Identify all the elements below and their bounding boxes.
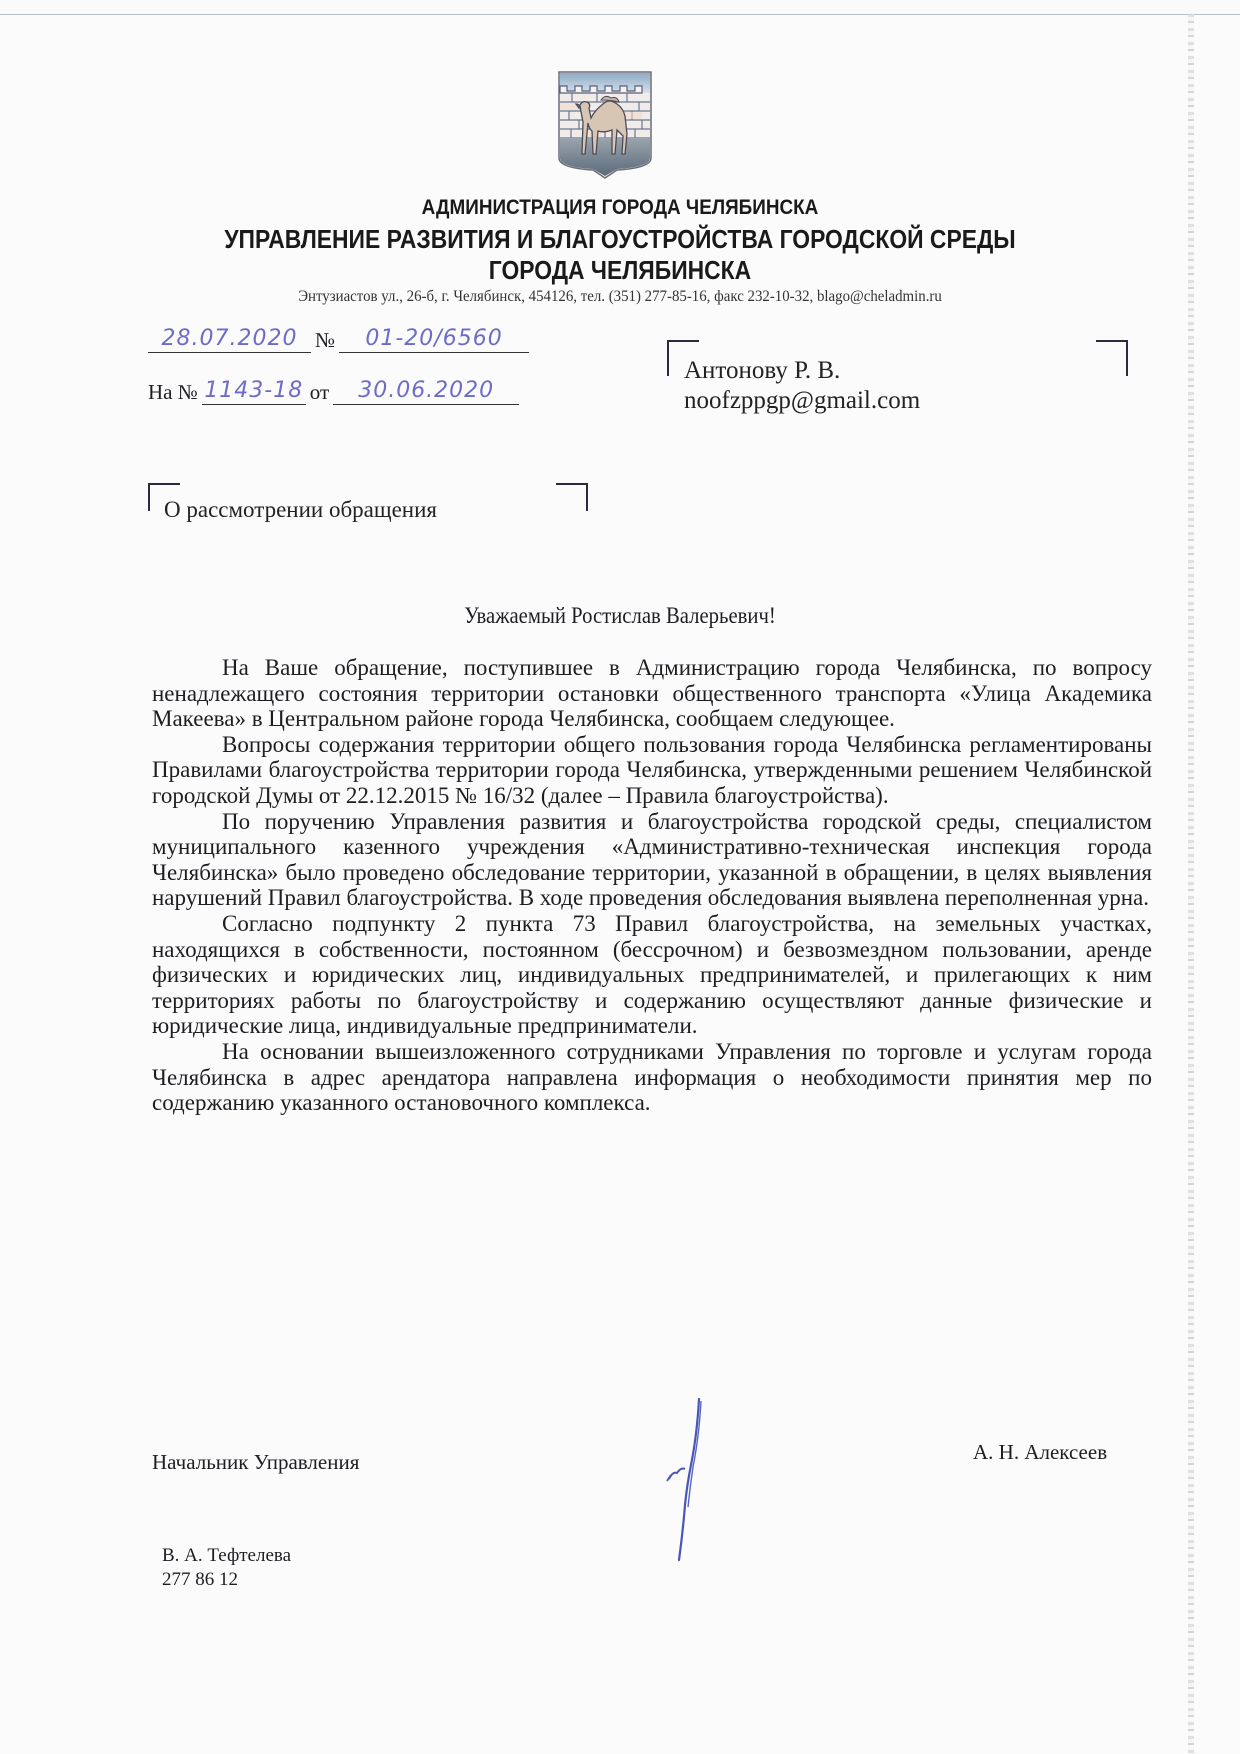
executor-phone: 277 86 12 xyxy=(162,1568,291,1592)
header-city: ГОРОДА ЧЕЛЯБИНСКА xyxy=(74,255,1165,286)
recipient: Антонову Р. В. noofzppgp@gmail.com xyxy=(684,356,920,416)
outgoing-number: 01-20/6560 xyxy=(339,326,529,353)
subject: О рассмотрении обращения xyxy=(164,497,437,523)
signatory-position: Начальник Управления xyxy=(152,1450,359,1475)
paragraph: Согласно подпункту 2 пункта 73 Правил бл… xyxy=(152,911,1152,1039)
handwritten-signature-icon xyxy=(655,1395,725,1565)
header-department: УПРАВЛЕНИЕ РАЗВИТИЯ И БЛАГОУСТРОЙСТВА ГО… xyxy=(74,224,1165,255)
scan-edge-right xyxy=(1188,14,1194,1754)
number-label: № xyxy=(311,327,339,353)
incoming-reference: На № 1143-18 от 30.06.2020 xyxy=(148,378,519,405)
in-reply-number: 1143-18 xyxy=(202,378,306,405)
executor-name: В. А. Тефтелева xyxy=(162,1544,291,1568)
signatory-name: А. Н. Алексеев xyxy=(973,1440,1107,1465)
scan-edge-top xyxy=(0,0,1240,15)
in-reply-label: На № xyxy=(148,379,202,405)
outgoing-registration: 28.07.2020 № 01-20/6560 xyxy=(148,326,529,353)
paragraph: Вопросы содержания территории общего пол… xyxy=(152,732,1152,809)
recipient-bracket-right xyxy=(1096,340,1128,376)
header-administration: АДМИНИСТРАЦИЯ ГОРОДА ЧЕЛЯБИНСКА xyxy=(62,196,1178,220)
header-address: Энтузиастов ул., 26-б, г. Челябинск, 454… xyxy=(43,288,1196,306)
subject-bracket-right xyxy=(556,483,588,511)
outgoing-date: 28.07.2020 xyxy=(148,326,311,353)
recipient-name: Антонову Р. В. xyxy=(684,356,920,386)
paragraph: По поручению Управления развития и благо… xyxy=(152,809,1152,911)
letter-body: На Ваше обращение, поступившее в Админис… xyxy=(152,655,1152,1116)
from-label: от xyxy=(306,379,333,405)
in-reply-date: 30.06.2020 xyxy=(333,378,519,405)
paragraph: На основании вышеизложенного сотрудникам… xyxy=(152,1039,1152,1116)
coat-of-arms-icon xyxy=(557,70,653,180)
paragraph: На Ваше обращение, поступившее в Админис… xyxy=(152,655,1152,732)
greeting: Уважаемый Ростислав Валерьевич! xyxy=(62,603,1178,629)
recipient-email: noofzppgp@gmail.com xyxy=(684,386,920,416)
executor: В. А. Тефтелева 277 86 12 xyxy=(162,1544,291,1592)
